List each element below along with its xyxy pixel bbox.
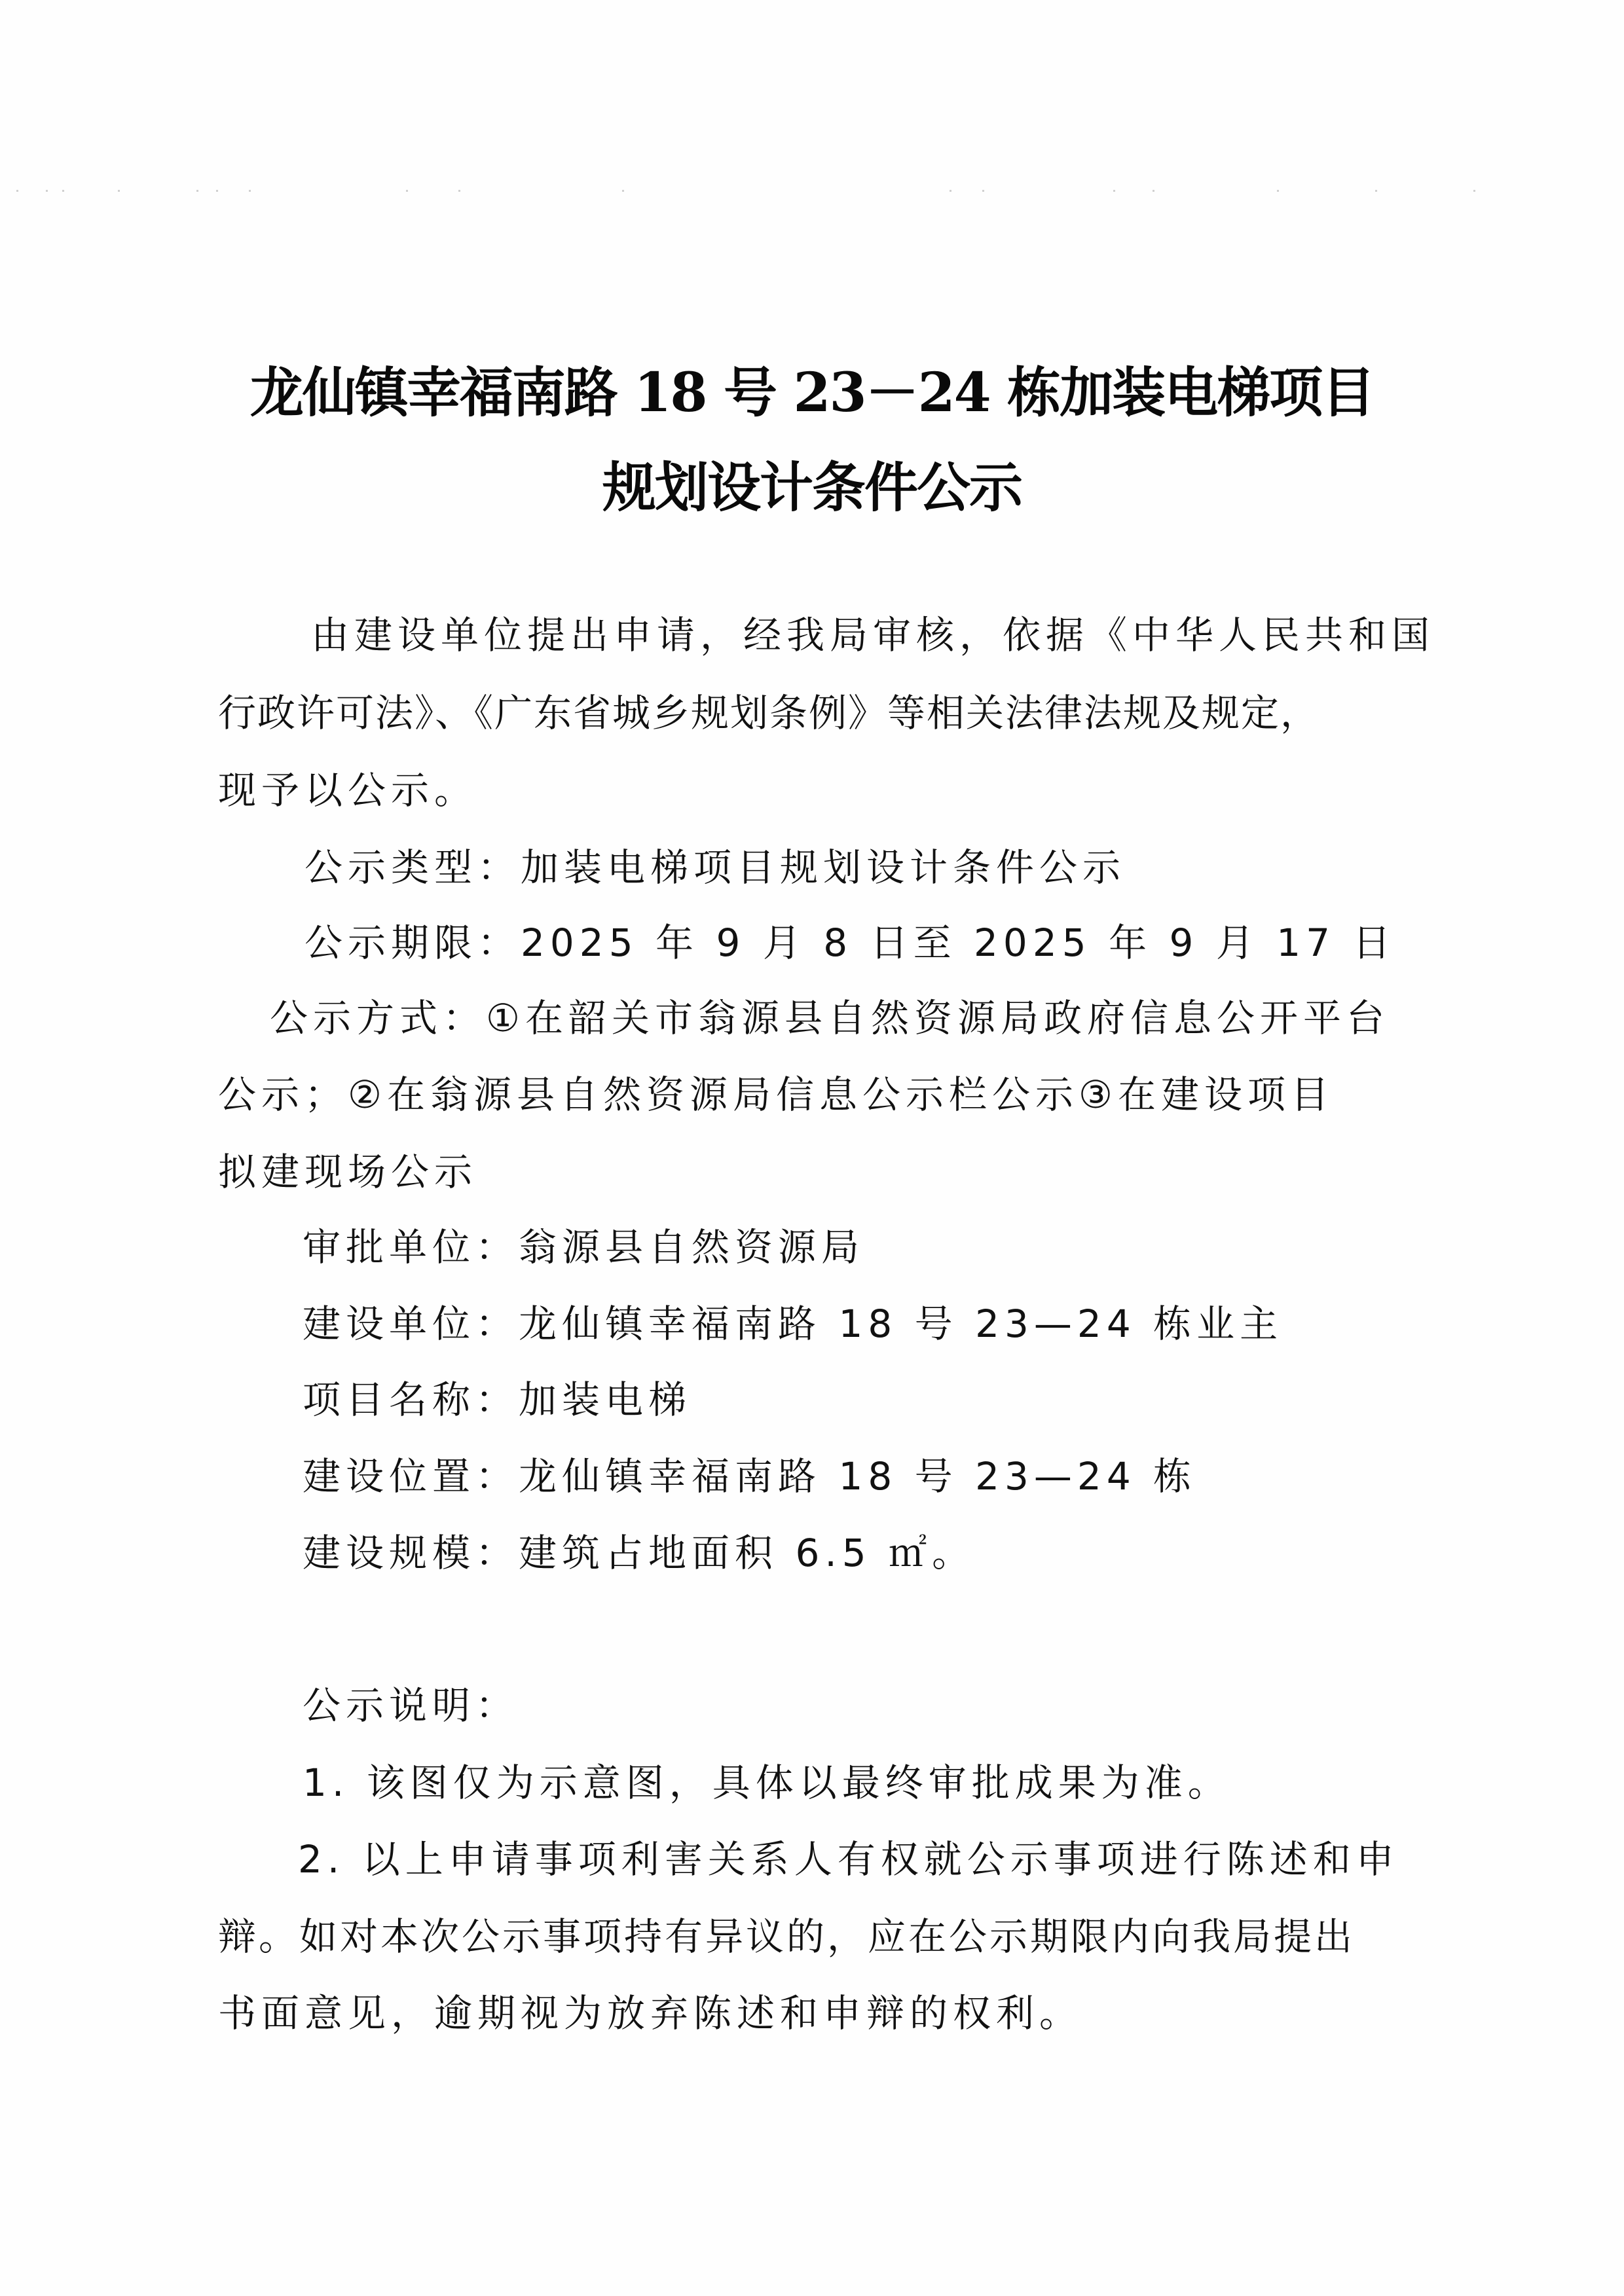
- intro-line-1: 由建设单位提出申请，经我局审核，依据《中华人民共和国: [311, 612, 1435, 658]
- intro-line-2: 行政许可法》、《广东省城乡规划条例》等相关法律法规及规定，: [218, 690, 1319, 736]
- field-location: 建设位置：龙仙镇幸福南路 18 号 23—24 栋: [303, 1453, 1196, 1499]
- notes-item-2-line-3: 书面意见，逾期视为放弃陈述和申辩的权利。: [218, 1990, 1082, 2036]
- field-scale: 建设规模：建筑占地面积 6.5 ㎡。: [303, 1530, 975, 1576]
- document-title-line-1: 龙仙镇幸福南路 18 号 23－24 栋加装电梯项目: [0, 350, 1624, 435]
- intro-line-3: 现予以公示。: [218, 767, 477, 813]
- scan-artifact: [0, 190, 1624, 194]
- field-notice-method-line-1: 公示方式：①在韶关市翁源县自然资源局政府信息公开平台: [270, 995, 1390, 1041]
- notes-item-1: 1. 该图仅为示意图，具体以最终审批成果为准。: [303, 1760, 1231, 1806]
- field-notice-type: 公示类型：加装电梯项目规划设计条件公示: [304, 845, 1126, 890]
- notes-item-2-line-2: 辩。如对本次公示事项持有异议的，应在公示期限内向我局提出: [218, 1914, 1355, 1959]
- notes-heading: 公示说明：: [303, 1683, 519, 1728]
- field-notice-method-line-2: 公示；②在翁源县自然资源局信息公示栏公示③在建设项目: [218, 1072, 1334, 1118]
- notes-item-2-line-1: 2. 以上申请事项利害关系人有权就公示事项进行陈述和申: [298, 1836, 1399, 1882]
- field-project-name: 项目名称：加装电梯: [303, 1377, 692, 1423]
- field-notice-period: 公示期限：2025 年 9 月 8 日至 2025 年 9 月 17 日: [304, 920, 1396, 966]
- field-notice-method-line-3: 拟建现场公示: [218, 1149, 477, 1195]
- document-title-line-2: 规划设计条件公示: [0, 445, 1624, 530]
- field-approver: 审批单位：翁源县自然资源局: [303, 1224, 864, 1270]
- field-builder: 建设单位：龙仙镇幸福南路 18 号 23—24 栋业主: [303, 1301, 1283, 1347]
- document-page: 龙仙镇幸福南路 18 号 23－24 栋加装电梯项目 规划设计条件公示 由建设单…: [0, 0, 1624, 2296]
